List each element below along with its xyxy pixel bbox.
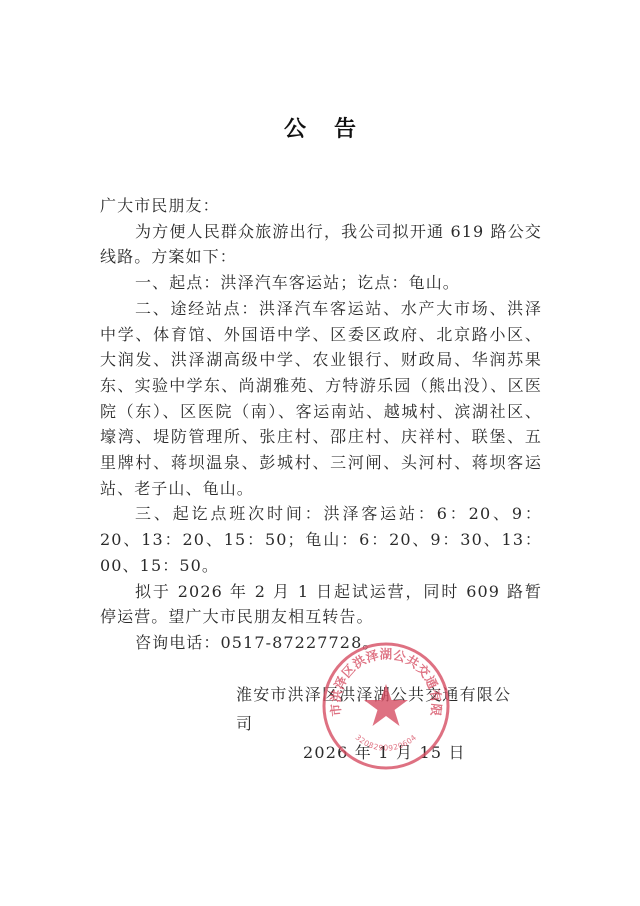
intro-paragraph: 为方便人民群众旅游出行，我公司拟开通 619 路公交线路。方案如下： — [100, 219, 542, 270]
operation-date-paragraph: 拟于 2026 年 2 月 1 日起试运营，同时 609 路暂停运营。望广大市民… — [100, 579, 542, 630]
contact-phone-paragraph: 咨询电话：0517-87227728。 — [100, 630, 542, 656]
issuer-company: 淮安市洪泽区洪泽湖公共交通有限公司 — [236, 680, 526, 738]
issue-date: 2026 年 1 月 15 日 — [236, 738, 526, 767]
salutation: 广大市民朋友： — [100, 193, 542, 219]
notice-page: 公告 广大市民朋友： 为方便人民群众旅游出行，我公司拟开通 619 路公交线路。… — [0, 0, 640, 906]
page-title: 公告 — [0, 112, 640, 143]
schedule-paragraph: 三、起讫点班次时间：洪泽客运站：6：20、9：20、13：20、15：50；龟山… — [100, 501, 542, 578]
signature-block: 淮安市洪泽区洪泽湖公共交通有限公司 2026 年 1 月 15 日 — [236, 680, 526, 767]
route-endpoints-paragraph: 一、起点：洪泽汽车客运站；讫点：龟山。 — [100, 270, 542, 296]
notice-body: 广大市民朋友： 为方便人民群众旅游出行，我公司拟开通 619 路公交线路。方案如… — [100, 193, 542, 656]
route-stops-paragraph: 二、途经站点：洪泽汽车客运站、水产大市场、洪泽中学、体育馆、外国语中学、区委区政… — [100, 296, 542, 502]
